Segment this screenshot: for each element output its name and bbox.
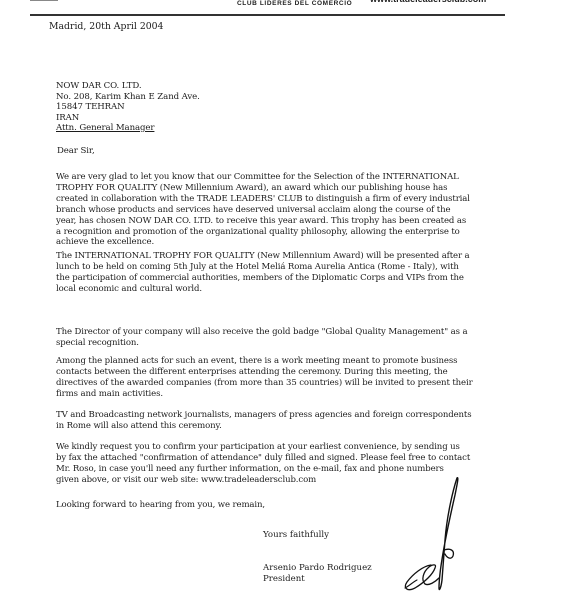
attention-line: Attn. General Manager xyxy=(56,123,154,134)
body-paragraph: The INTERNATIONAL TROPHY FOR QUALITY (Ne… xyxy=(56,251,541,295)
letterhead-divider xyxy=(30,14,505,16)
letterhead-fragment xyxy=(30,0,58,1)
handwritten-signature xyxy=(395,470,515,600)
letterhead-club-name: CLUB LIDERES DEL COMERCIO xyxy=(237,0,352,7)
signer-block: Arsenio Pardo Rodriguez President xyxy=(263,563,372,585)
recipient-line: IRAN xyxy=(56,113,200,124)
date-line: Madrid, 20th April 2004 xyxy=(49,21,163,32)
letterhead: CLUB LIDERES DEL COMERCIO www.tradeleade… xyxy=(0,0,566,20)
body-paragraph: The Director of your company will also r… xyxy=(56,327,541,349)
body-paragraph: TV and Broadcasting network journalists,… xyxy=(56,410,541,432)
recipient-line: 15847 TEHRAN xyxy=(56,102,200,113)
salutation: Dear Sir, xyxy=(57,146,95,157)
recipient-address: NOW DAR CO. LTD. No. 208, Karim Khan E Z… xyxy=(56,81,200,123)
closing-phrase: Yours faithfully xyxy=(263,530,329,540)
recipient-line: No. 208, Karim Khan E Zand Ave. xyxy=(56,92,200,103)
signer-name: Arsenio Pardo Rodriguez xyxy=(263,563,372,574)
recipient-line: NOW DAR CO. LTD. xyxy=(56,81,200,92)
body-paragraph: Among the planned acts for such an event… xyxy=(56,356,541,400)
letterhead-website: www.tradeleadersclub.com xyxy=(370,0,486,4)
body-paragraph: We are very glad to let you know that ou… xyxy=(56,172,541,248)
signer-title: President xyxy=(263,574,372,585)
